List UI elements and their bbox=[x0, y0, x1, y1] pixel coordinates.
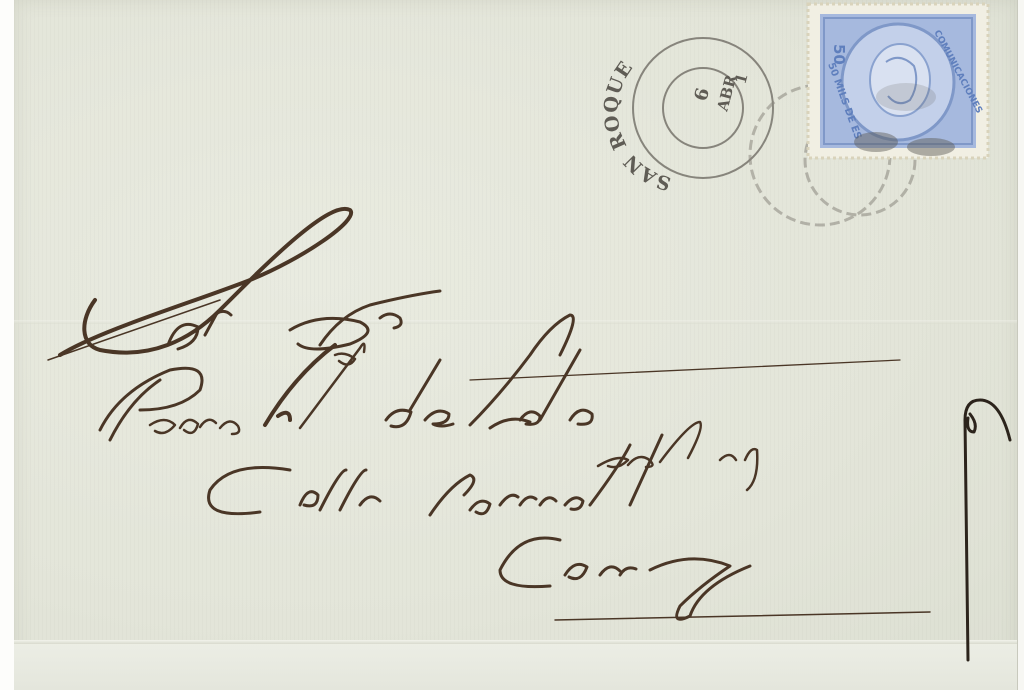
address-line-3-script bbox=[598, 422, 757, 490]
margin-flourish bbox=[965, 400, 1010, 660]
address-line-5-script bbox=[500, 538, 930, 620]
address-line-2-script bbox=[100, 315, 900, 440]
address-line-4-script bbox=[209, 435, 662, 515]
address-line-1-script bbox=[48, 209, 440, 360]
scanned-cover: SAN ROQUE 6 ABR 1 50 50 MILS DE ES COMUN… bbox=[0, 0, 1024, 690]
handwritten-address bbox=[0, 0, 1024, 690]
